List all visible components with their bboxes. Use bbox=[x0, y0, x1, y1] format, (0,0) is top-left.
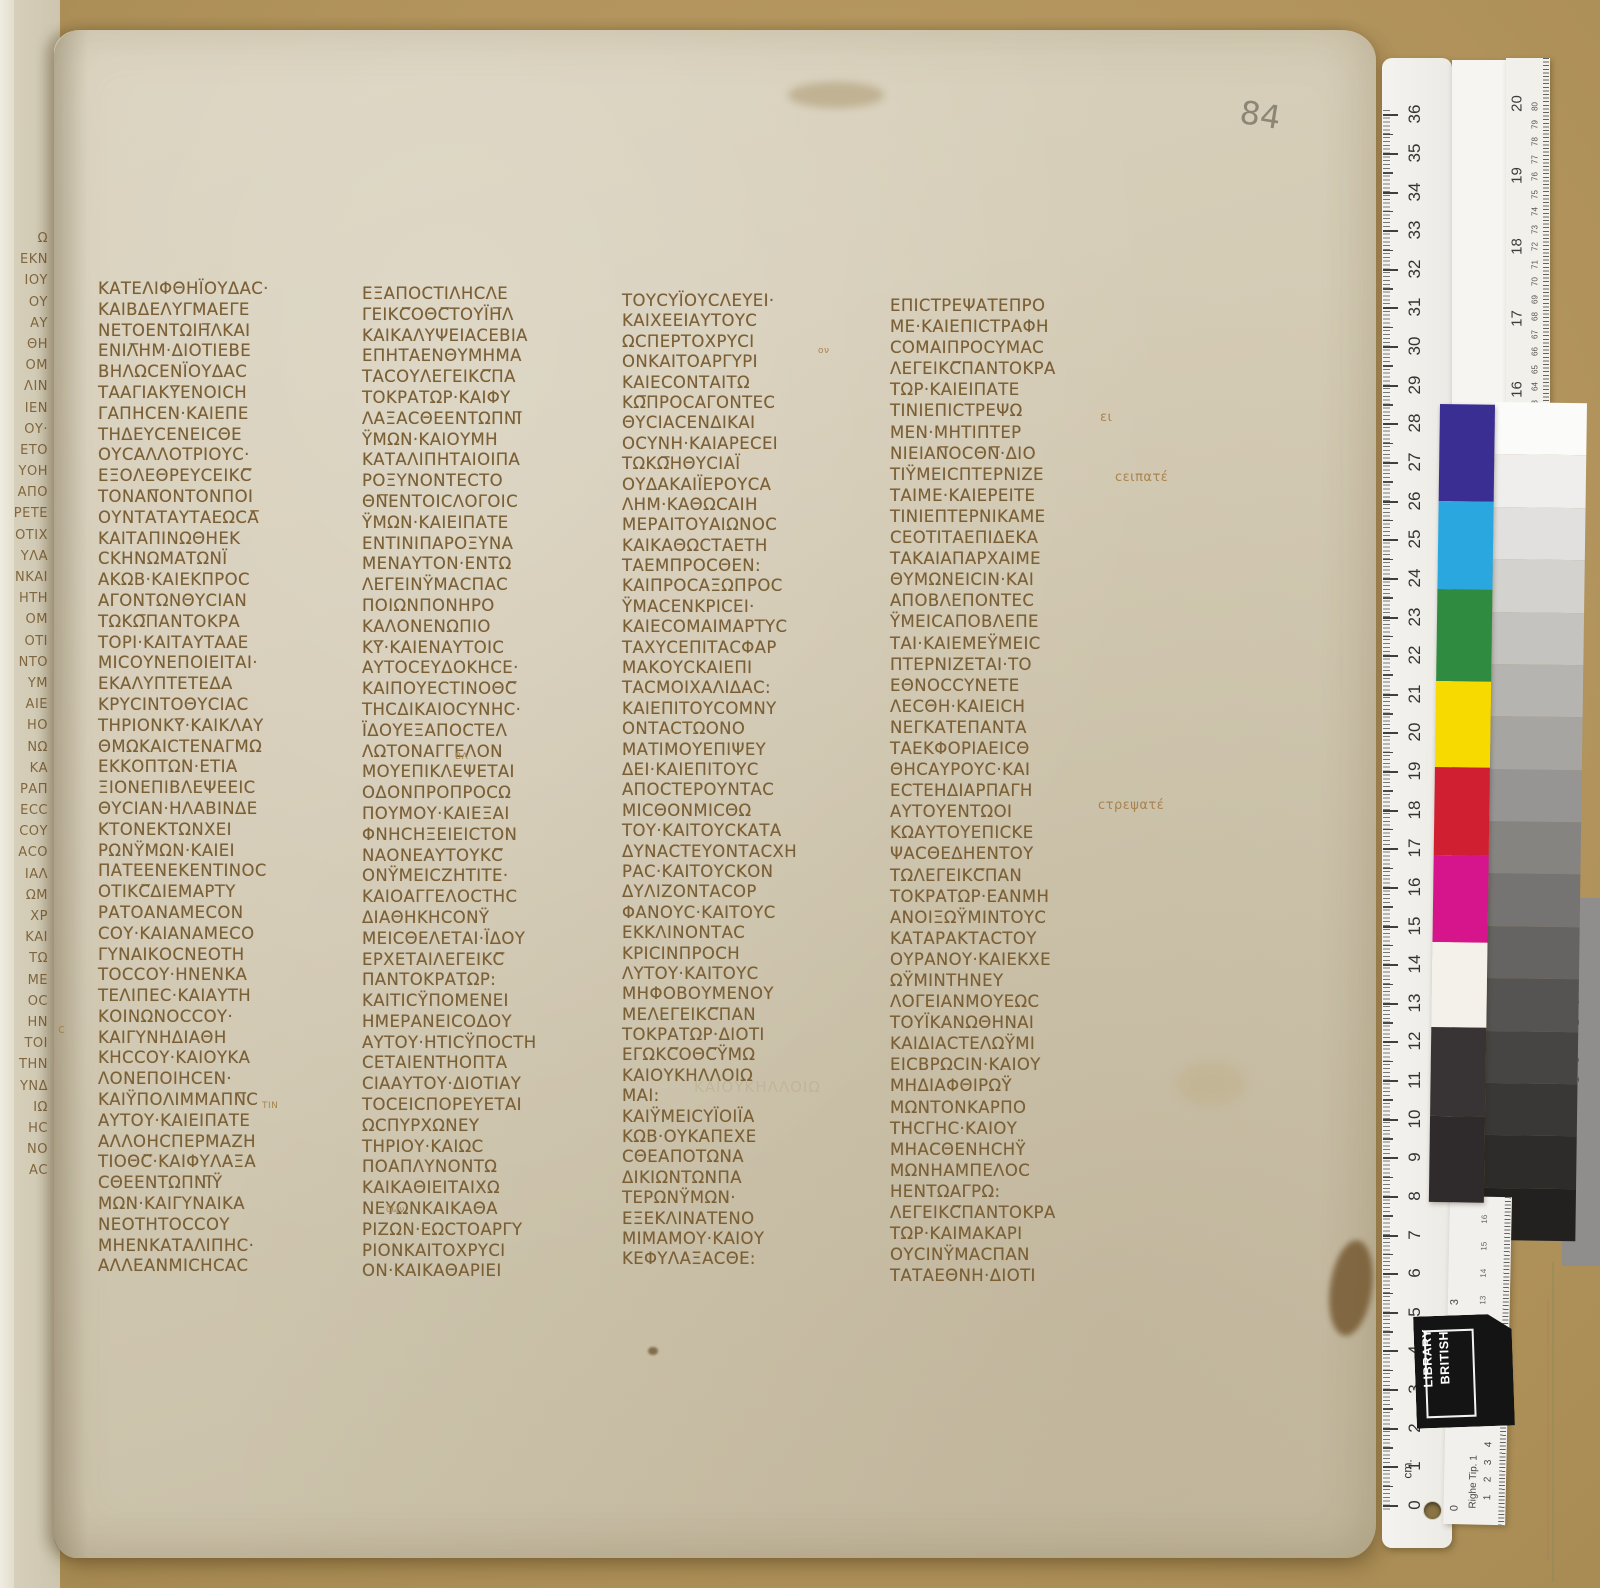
text-line: ϹΟΥ·ΚΑΙΑΝΑΜΕϹΟ bbox=[98, 924, 360, 945]
text-column-2: ΕΞΑΠΟϹΤΙΛΗϹΛΕΓΕΙΚϹ̅ΟΘϹ̅ΤΟΥΪΗ̅ΛΚΑΙΚΑΛΥΨΕΙ… bbox=[362, 284, 624, 1282]
text-line: ΜΙΜΑΜΟΥ·ΚΑΙΟΥ bbox=[622, 1229, 884, 1249]
text-line: ΚΑΙΟΑΓΓΕΛΟϹΤΗϹ bbox=[362, 887, 624, 908]
text-line: ΜΩΝ·ΚΑΙΓΥΝΑΙΚΑ bbox=[98, 1194, 360, 1215]
text-line: ΔΥΛΙΖΟΝΤΑϹΟΡ bbox=[622, 882, 884, 902]
ruler-number: 2 bbox=[1482, 1473, 1493, 1485]
text-line: ϹΟΜΑΙΠΡΟϹΥΜΑϹ bbox=[890, 337, 1152, 358]
text-line: ΚΑΙΕϹΟΜΑΙΜΑΡΤΥϹ bbox=[622, 617, 884, 637]
ruler-tick bbox=[1383, 1331, 1393, 1333]
previous-page-text-fragments: ΩΕΚΝΙΟΥΟΥΑΥΘΗΟΜΛΙΝΙΕΝΟΥ·ΕΤΟΥΟΗΑΠΟΡΕΤΕΟΤΙ… bbox=[2, 228, 48, 1181]
folio-number: 84 bbox=[1237, 93, 1283, 137]
ruler-tick bbox=[1383, 1350, 1398, 1352]
text-fragment: ΙΟΥ bbox=[2, 270, 48, 291]
gray-step bbox=[1488, 821, 1581, 875]
text-line: ΚΑΛΟΝΕΝΩΠΙΟ bbox=[362, 617, 624, 638]
text-line: ΚΩ̅ΠΡΟϹΑΓΟΝΤΕϹ bbox=[622, 393, 884, 413]
ruler-number: 9 bbox=[1405, 1144, 1425, 1170]
text-line: ΤΕΛΙΠΕϹ·ΚΑΙΑΥΤΗ bbox=[98, 986, 360, 1007]
ruler-number: 79 bbox=[1531, 117, 1540, 131]
text-fragment: ΑΥ bbox=[2, 313, 48, 334]
color-patch-white bbox=[1431, 942, 1487, 1028]
ruler-number: 25 bbox=[1405, 526, 1425, 552]
text-line: ΓΑΠΗϹΕΝ·ΚΑΙΕΠΕ bbox=[98, 404, 360, 425]
ruler-number: 65 bbox=[1531, 362, 1540, 376]
text-line: ΚΤΟΝΕΚΤΩΝΧΕΙ bbox=[98, 820, 360, 841]
ruler-tick bbox=[1383, 134, 1393, 136]
text-line: ΫΜΕΙϹΑΠΟΒΛΕΠΕ bbox=[890, 611, 1152, 632]
ruler-number: 20 bbox=[1509, 93, 1526, 115]
text-line: ΝΙΕΙΑΝ̅ΟϹΘΝ̅·ΔΙΟ bbox=[890, 443, 1152, 464]
text-line: ΚΟΙΝΩΝΟϹϹΟΥ· bbox=[98, 1007, 360, 1028]
text-line: ΤΟΚΡΑΤΩΡ·ΕΑΝΜΗ bbox=[890, 886, 1152, 907]
ruler-number: 1 bbox=[1482, 1491, 1493, 1503]
text-fragment: ΗϹ bbox=[2, 1118, 48, 1139]
margin-note: ϲ bbox=[58, 1022, 65, 1036]
color-patch-dark-gray bbox=[1430, 1027, 1486, 1117]
margin-note: ει bbox=[1100, 410, 1112, 425]
text-line: ΟΥϹΑΛΛΟΤΡΙΟΥϹ· bbox=[98, 445, 360, 466]
text-line: ΚΑΙΚΑΘΙΕΙΤΑΙΧΩ bbox=[362, 1178, 624, 1199]
ruler-tick bbox=[1383, 462, 1398, 464]
ruler-tick bbox=[1383, 945, 1393, 947]
text-line: ΜΗΦΟΒΟΥΜΕΝΟΥ bbox=[622, 984, 884, 1004]
ruler-secondary-top: 2019181716807978777675747372717069686766… bbox=[1506, 58, 1550, 410]
ruler-number: 13 bbox=[1478, 1293, 1487, 1307]
text-line: ΤΗϹΓΗϹ·ΚΑΙΟΥ bbox=[890, 1118, 1152, 1139]
ruler-number: 14 bbox=[1479, 1266, 1488, 1280]
color-patch-red bbox=[1434, 767, 1490, 856]
text-line: ΦΑΝΟΥϹ·ΚΑΙΤΟΥϹ bbox=[622, 903, 884, 923]
text-line: ΡΙΟΝΚΑΙΤΟΧΡΥϹΙ bbox=[362, 1241, 624, 1262]
ruler-number: 3 bbox=[1449, 1299, 1461, 1305]
text-line: ΛΗΜ·ΚΑΘΩϹΑΙΗ bbox=[622, 495, 884, 515]
stain bbox=[648, 1347, 658, 1355]
text-line: ΟΥΝΤΑΤΑΥΤΑΕΩϹΑ̅ bbox=[98, 508, 360, 529]
gray-step bbox=[1494, 454, 1587, 508]
text-line: ΤΑϹΜΟΙΧΑΛΙΔΑϹ: bbox=[622, 678, 884, 698]
ruler-tick bbox=[1383, 984, 1393, 986]
ruler-tick bbox=[1383, 404, 1393, 406]
erased-text: ΚΑΙΟΥΚΗΛΛΟΙΩ bbox=[694, 1078, 821, 1096]
text-fragment: ΥΛΑ bbox=[2, 546, 48, 567]
text-line: ΠΤΕΡΝΙΖΕΤΑΙ·ΤΟ bbox=[890, 654, 1152, 675]
text-line: ΩϹΠΕΡΤΟΧΡΥϹΙ bbox=[622, 332, 884, 352]
ruler-number: 35 bbox=[1405, 140, 1425, 166]
text-line: ΛΥΤΟΥ·ΚΑΙΤΟΥϹ bbox=[622, 964, 884, 984]
text-column-1: ΚΑΤΕΛΙΦΘΗΪΟΥΔΑϹ·ΚΑΙΒΔΕΛΥΓΜΑΕΓΕΝΕΤΟΕΝΤΩΙΗ… bbox=[98, 279, 360, 1277]
color-patch-yellow bbox=[1435, 681, 1491, 768]
text-line: ΘΝ̅ΕΝΤΟΙϹΛΟΓΟΙϹ bbox=[362, 492, 624, 513]
ruler-number: 27 bbox=[1405, 449, 1425, 475]
ruler-number: 10 bbox=[1405, 1106, 1425, 1132]
text-line: ΛΕΓΕΙΚϹ̅ΠΑΝΤΟΚΡΑ bbox=[890, 358, 1152, 379]
text-line: ΚΑΙΓΥΝΗΔΙΑΘΗ bbox=[98, 1028, 360, 1049]
ruler-tick bbox=[1383, 423, 1398, 425]
ruler-unit-label: cm. bbox=[1401, 1459, 1415, 1478]
ruler-tick bbox=[1383, 1080, 1398, 1082]
text-line: ΜΕΙϹΘΕΛΕΤΑΙ·ΪΔΟΥ bbox=[362, 929, 624, 950]
text-line: ΤΑΧΥϹΕΠΙΤΑϹΦΑΡ bbox=[622, 638, 884, 658]
text-fragment: ΧΡ bbox=[2, 906, 48, 927]
text-line: ϹΙΑΑΥΤΟΥ·ΔΙΟΤΙΑΥ bbox=[362, 1074, 624, 1095]
text-column-4: ΕΠΙϹΤΡΕΨΑΤΕΠΡΟΜΕ·ΚΑΙΕΠΙϹΤΡΑΦΗϹΟΜΑΙΠΡΟϹΥΜ… bbox=[890, 295, 1152, 1286]
text-line: ΗΕΝΤΩΑΓΡΩ: bbox=[890, 1181, 1152, 1202]
text-fragment: ΥΜ bbox=[2, 673, 48, 694]
text-line: ΑΝΟΙΞΩΫΜΙΝΤΟΥϹ bbox=[890, 907, 1152, 928]
text-line: ΚΩΑΥΤΟΥΕΠΙϹΚΕ bbox=[890, 822, 1152, 843]
ruler-tick bbox=[1383, 810, 1398, 812]
text-line: ΕΚΚΟΠΤΩΝ·ΕΤΙΑ bbox=[98, 757, 360, 778]
text-line: ϹΘΕΑΠΟΤΩΝΑ bbox=[622, 1147, 884, 1167]
text-line: ΜΩΝΗΑΜΠΕΛΟϹ bbox=[890, 1160, 1152, 1181]
ruler-number: 11 bbox=[1405, 1067, 1425, 1093]
text-fragment: ΝΟ bbox=[2, 1139, 48, 1160]
text-fragment: ΙΕΝ bbox=[2, 398, 48, 419]
text-fragment: ΟΤΙΧ bbox=[2, 525, 48, 546]
ruler-tick bbox=[1383, 906, 1393, 908]
text-line: ΛΕΓΕΙΝΫΜΑϹΠΑϹ bbox=[362, 575, 624, 596]
ruler-number: 67 bbox=[1531, 327, 1540, 341]
text-fragment: ΚΑ bbox=[2, 758, 48, 779]
text-fragment: ΤΗΝ bbox=[2, 1054, 48, 1075]
ruler-tick bbox=[1383, 1505, 1398, 1507]
ruler-number: 36 bbox=[1405, 101, 1425, 127]
ruler-tick bbox=[1383, 307, 1398, 309]
text-fragment: ΑΙΕ bbox=[2, 694, 48, 715]
text-line: ΚΑΙΫΜΕΙϹΥΪΟΙΪΑ bbox=[622, 1107, 884, 1127]
ruler-tick bbox=[1383, 1235, 1398, 1237]
ruler-tick bbox=[1383, 1428, 1398, 1430]
text-line: ΘΥϹΙΑϹΕΝΔΙΚΑΙ bbox=[622, 413, 884, 433]
ruler-tick bbox=[1383, 172, 1393, 174]
text-fragment: ΟΜ bbox=[2, 609, 48, 630]
grayscale-step-wedge bbox=[1483, 402, 1587, 1241]
text-fragment: ΥΟΗ bbox=[2, 461, 48, 482]
text-line: ΩΫΜΙΝΤΗΝΕΥ bbox=[890, 970, 1152, 991]
text-line: ΔΥΝΑϹΤΕΥΟΝΤΑϹΧΗ bbox=[622, 842, 884, 862]
text-line: ΚΑΙΠΡΟϹΑΞΩΠΡΟϹ bbox=[622, 576, 884, 596]
ruler-number: 18 bbox=[1405, 797, 1425, 823]
text-line: ΘΜΩΚΑΙϹΤΕΝΑΓΜΩ bbox=[98, 737, 360, 758]
text-line: ΚΑΙΤΙϹΫΠΟΜΕΝΕΙ bbox=[362, 991, 624, 1012]
text-line: ΤΟΚΡΑΤΩΡ·ΔΙΟΤΙ bbox=[622, 1025, 884, 1045]
label-text: LIBRARY BRITISH bbox=[1418, 1317, 1461, 1398]
ruler-tick bbox=[1383, 790, 1393, 792]
text-line: ΑΓΟΝΤΩΝΘΥϹΙΑΝ bbox=[98, 591, 360, 612]
text-fragment: ΛΙΝ bbox=[2, 376, 48, 397]
gray-step bbox=[1486, 978, 1579, 1032]
text-fragment: ΤΩ bbox=[2, 948, 48, 969]
text-line: ΤΑΕΜΠΡΟϹΘΕΝ: bbox=[622, 556, 884, 576]
text-line: ΚΑΙΠΟΥΕϹΤΙΝΟΘϹ̅ bbox=[362, 679, 624, 700]
ruler-tick bbox=[1383, 752, 1393, 754]
margin-note: ΤΙΝ bbox=[262, 1101, 278, 1111]
text-line: ΤΟΝΑΝ̅ΟΝΤΟΝΠΟΙ bbox=[98, 487, 360, 508]
ruler-number: 64 bbox=[1531, 380, 1540, 394]
text-line: ΜΕΡΑΙΤΟΥΑΙΩΝΟϹ bbox=[622, 515, 884, 535]
ruler-tick bbox=[1383, 655, 1398, 657]
text-line: ΕΙϹΒΡΩϹΙΝ·ΚΑΙΟΥ bbox=[890, 1054, 1152, 1075]
text-line: ΤΑΚΑΙΑΠΑΡΧΑΙΜΕ bbox=[890, 548, 1152, 569]
ruler-number: 22 bbox=[1405, 642, 1425, 668]
text-line: ΤΙΝΙΕΠΙϹΤΡΕΨΩ bbox=[890, 400, 1152, 421]
text-line: ΚΑΙΫΠΟΛΙΜΜΑΠΝ̅Ϲ bbox=[98, 1090, 360, 1111]
ruler-number: 17 bbox=[1405, 835, 1425, 861]
gray-step bbox=[1494, 402, 1587, 456]
text-line: ΟΔΟΝΠΡΟΠΡΟϹΩ bbox=[362, 783, 624, 804]
text-line: ΤΩΚΩ̅ΠΑΝΤΟΚΡΑ bbox=[98, 612, 360, 633]
text-fragment: ΟΜ bbox=[2, 355, 48, 376]
ruler-tick bbox=[1383, 481, 1393, 483]
text-fragment: ΡΕΤΕ bbox=[2, 503, 48, 524]
ruler-number: 68 bbox=[1531, 310, 1540, 324]
text-line: ΡΩΝΫΜΩΝ·ΚΑΙΕΙ bbox=[98, 841, 360, 862]
text-line: ΚΑΙΧΕΕΙΑΥΤΟΥϹ bbox=[622, 311, 884, 331]
margin-note: ΒΛ bbox=[455, 752, 468, 762]
label-line: LIBRARY bbox=[1418, 1318, 1438, 1399]
text-line: ΕΓΩΚϹ̅ΟΘϹ̅ΫΜΩ bbox=[622, 1045, 884, 1065]
ruler-number: 21 bbox=[1405, 681, 1425, 707]
ruler-number: 76 bbox=[1531, 170, 1540, 184]
ruler-tick bbox=[1383, 1312, 1398, 1314]
text-fragment: ΗΤΗ bbox=[2, 588, 48, 609]
ruler-number: 6 bbox=[1405, 1260, 1425, 1286]
ruler-number: 75 bbox=[1531, 187, 1540, 201]
gray-step bbox=[1491, 611, 1584, 665]
text-line: ΜΙϹΟΥΝΕΠΟΙΕΙΤΑΙ· bbox=[98, 653, 360, 674]
text-line: ΡΙΖΩΝ·ΕΩϹΤΟΑΡΓΥ bbox=[362, 1220, 624, 1241]
text-line: ΜΗΑϹΘΕΝΗϹΗΫ bbox=[890, 1139, 1152, 1160]
ruler-number: 28 bbox=[1405, 410, 1425, 436]
text-line: ΤΗΡΙΟΥ·ΚΑΙΩϹ bbox=[362, 1137, 624, 1158]
ruler-tick bbox=[1383, 597, 1393, 599]
text-line: ΕΚΑΛΥΠΤΕΤΕΔΑ bbox=[98, 674, 360, 695]
text-line: ΜΕΝ·ΜΗΤΙΠΤΕΡ bbox=[890, 422, 1152, 443]
ruler-number: 73 bbox=[1531, 222, 1540, 236]
ruler-tick bbox=[1383, 964, 1398, 966]
text-line: ΟΥΡΑΝΟΥ·ΚΑΙΕΚΧΕ bbox=[890, 949, 1152, 970]
ruler-tick bbox=[1383, 636, 1393, 638]
text-line: ΤΩΡ·ΚΑΙΜΑΚΑΡΙ bbox=[890, 1223, 1152, 1244]
ruler-tick bbox=[1383, 501, 1398, 503]
ruler-tick bbox=[1383, 1177, 1393, 1179]
text-line: ΕΘΝΟϹϹΥΝΕΤΕ bbox=[890, 675, 1152, 696]
text-line: ϹΚΗΝΩΜΑΤΩΝΪ bbox=[98, 549, 360, 570]
color-calibration-patches bbox=[1429, 404, 1495, 1203]
ruler-number: 12 bbox=[1405, 1028, 1425, 1054]
text-line: ΤΩΛΕΓΕΙΚϹ̅ΠΑΝ bbox=[890, 865, 1152, 886]
text-line: ΤΑΤΑΕΘΝΗ·ΔΙΟΤΙ bbox=[890, 1265, 1152, 1286]
ruler-number: 4 bbox=[1483, 1438, 1494, 1450]
ruler-number: 71 bbox=[1531, 257, 1540, 271]
text-line: ΛΩΤΟΝΑΓΓΕΛΟΝ bbox=[362, 742, 624, 763]
ruler-tick bbox=[1383, 1273, 1398, 1275]
text-fragment: ΚΑΙ bbox=[2, 927, 48, 948]
text-line: ΟΤΙΚϹ̅ΔΙΕΜΑΡΤΥ bbox=[98, 882, 360, 903]
ruler-tick bbox=[1383, 1447, 1393, 1449]
text-line: ΗΜΕΡΑΝΕΙϹΟΔΟΥ bbox=[362, 1012, 624, 1033]
text-line: ΚΑΙΕΠΙΤΟΥϹΟΜΝΥ bbox=[622, 699, 884, 719]
text-fragment: ΥΝΔ bbox=[2, 1076, 48, 1097]
gray-step bbox=[1489, 769, 1582, 823]
ruler-number: 19 bbox=[1405, 758, 1425, 784]
ruler-tick bbox=[1383, 887, 1398, 889]
text-line: ΟΝΚΑΙΤΟΑΡΓΥΡΙ bbox=[622, 352, 884, 372]
ruler-number: 80 bbox=[1531, 100, 1540, 114]
text-line: ΡΟΞΥΝΟΝΤΕϹΤΟ bbox=[362, 471, 624, 492]
gray-step bbox=[1492, 559, 1585, 613]
text-line: ΤΙΟΘϹ̅·ΚΑΙΦΥΛΑΞΑ bbox=[98, 1152, 360, 1173]
text-line: ΑΛΛΟΗϹΠΕΡΜΑΖΗ bbox=[98, 1132, 360, 1153]
text-fragment: ΘΗ bbox=[2, 334, 48, 355]
text-line: ΚΑΤΑΛΙΠΗΤΑΙΟΙΠΑ bbox=[362, 450, 624, 471]
text-line: ΒΗΛΩϹΕΝΪΟΥΔΑϹ bbox=[98, 362, 360, 383]
ruler-tick bbox=[1383, 1041, 1398, 1043]
ruler-tick bbox=[1383, 1196, 1398, 1198]
text-line: ΤΑΙΜΕ·ΚΑΙΕΡΕΙΤΕ bbox=[890, 485, 1152, 506]
text-line: ΟΝΫΜΕΙϹΖΗΤΙΤΕ· bbox=[362, 866, 624, 887]
ruler-brand-label: Righe Tip. 1 bbox=[1467, 1455, 1479, 1509]
text-line: ΠΟΑΠΛΥΝΟΝΤΩ bbox=[362, 1157, 624, 1178]
text-line: ΓΕΙΚϹ̅ΟΘϹ̅ΤΟΥΪΗ̅Λ bbox=[362, 305, 624, 326]
text-line: ΨΑϹΘΕΔΗΕΝΤΟΥ bbox=[890, 843, 1152, 864]
text-line: ΚΩΒ·ΟΥΚΑΠΕΧΕ bbox=[622, 1127, 884, 1147]
text-fragment: ΕϹϹ bbox=[2, 800, 48, 821]
text-fragment: ΙΑΛ bbox=[2, 864, 48, 885]
text-line: ΫΜΑϹΕΝΚΡΙϹΕΙ· bbox=[622, 597, 884, 617]
text-line: ΤΟϹΕΙϹΠΟΡΕΥΕΤΑΙ bbox=[362, 1095, 624, 1116]
text-line: ΚΑΙΚΑΘΩϹΤΑΕΤΗ bbox=[622, 536, 884, 556]
gray-step bbox=[1493, 507, 1586, 561]
ruler-tick bbox=[1383, 694, 1398, 696]
ruler-tick bbox=[1383, 230, 1398, 232]
text-line: ΘΥΜΩΝΕΙϹΙΝ·ΚΑΙ bbox=[890, 569, 1152, 590]
ruler-number: 14 bbox=[1405, 951, 1425, 977]
text-line: ΜΕΝΑΥΤΟΝ·ΕΝΤΩ bbox=[362, 554, 624, 575]
text-line: ΚΑΙΔΙΑϹΤΕΛΩΫΜΙ bbox=[890, 1033, 1152, 1054]
text-line: ΕΝΤΙΝΙΠΑΡΟΞΥΝΑ bbox=[362, 534, 624, 555]
gray-step bbox=[1484, 1135, 1577, 1189]
text-line: ΑΥΤΟΥ·ΗΤΙϹΫΠΟϹΤΗ bbox=[362, 1033, 624, 1054]
ruler-tick bbox=[1383, 269, 1398, 271]
ruler-tick bbox=[1383, 1389, 1398, 1391]
gray-step bbox=[1490, 716, 1583, 770]
ruler-tick bbox=[1383, 578, 1398, 580]
text-fragment: ΟΥ bbox=[2, 292, 48, 313]
text-line: ΤΟΥΪΚΑΝΩΘΗΝΑΙ bbox=[890, 1012, 1152, 1033]
ruler-number: 0 bbox=[1405, 1492, 1425, 1518]
text-line: ΛΑΞΑϹΘΕΕΝΤΩΠΝΙ̅ bbox=[362, 409, 624, 430]
ruler-number: 0 bbox=[1448, 1505, 1460, 1511]
text-line: ΡΑΤΟΑΝΑΜΕϹΟΝ bbox=[98, 903, 360, 924]
ruler-number: 16 bbox=[1405, 874, 1425, 900]
gray-step bbox=[1487, 926, 1580, 980]
ruler-tick bbox=[1383, 1138, 1393, 1140]
ruler-tick bbox=[1383, 114, 1398, 116]
text-line: ΞΙΟΝΕΠΙΒΛΕΨΕΕΙϹ bbox=[98, 778, 360, 799]
text-line: ΕΞΕΚΛΙΝΑΤΕΝΟ bbox=[622, 1209, 884, 1229]
ruler-number: 19 bbox=[1509, 164, 1526, 186]
text-line: ΑΥΤΟΥ·ΚΑΙΕΙΠΑΤΕ bbox=[98, 1111, 360, 1132]
ruler-number: 74 bbox=[1531, 205, 1540, 219]
text-line: ΚΕΦΥΛΑΞΑϹΘΕ: bbox=[622, 1249, 884, 1269]
text-line: ΜΕ·ΚΑΙΕΠΙϹΤΡΑΦΗ bbox=[890, 316, 1152, 337]
color-patch-indigo bbox=[1439, 404, 1495, 502]
white-card bbox=[1452, 60, 1508, 408]
text-line: ΜΗΔΙΑΦΘΙΡΩΫ bbox=[890, 1075, 1152, 1096]
text-line: ΠΑΤΕΕΝΕΚΕΝΤΙΝΟϹ bbox=[98, 861, 360, 882]
text-line: ϹΕΤΑΙΕΝΤΗΟΠΤΑ bbox=[362, 1053, 624, 1074]
text-line: ΔΕΙ·ΚΑΙΕΠΙΤΟΥϹ bbox=[622, 760, 884, 780]
ruler-tick bbox=[1383, 1254, 1393, 1256]
text-line: ΤΟΥϹΥΪΟΥϹΛΕΥΕΙ· bbox=[622, 291, 884, 311]
ruler-number: 15 bbox=[1405, 913, 1425, 939]
text-line: ΕΠΙϹΤΡΕΨΑΤΕΠΡΟ bbox=[890, 295, 1152, 316]
text-fragment: ΝΚΑΙ bbox=[2, 567, 48, 588]
ruler-number: 15 bbox=[1479, 1239, 1488, 1253]
text-line: ϹΘΕΕΝΤΩΠΝΙ̅Ϋ bbox=[98, 1173, 360, 1194]
text-line: ΚΑΙΚΑΛΥΨΕΙΑϹΕΒΙΑ bbox=[362, 326, 624, 347]
text-line: ΤΟΡΙ·ΚΑΙΤΑΥΤΑΑΕ bbox=[98, 633, 360, 654]
ruler-number: 23 bbox=[1405, 604, 1425, 630]
ruler-tick bbox=[1383, 1119, 1398, 1121]
text-line: ΝΑΟΝΕΑΥΤΟΥΚϹ̅ bbox=[362, 846, 624, 867]
ruler-number: 66 bbox=[1531, 345, 1540, 359]
gray-step bbox=[1491, 664, 1584, 718]
color-patch-cyan bbox=[1437, 501, 1493, 590]
text-line: ΜΑΚΟΥϹΚΑΙΕΠΙ bbox=[622, 658, 884, 678]
color-patch-magenta bbox=[1432, 855, 1488, 943]
text-line: ΚΡΥϹΙΝΤΟΘΥϹΙΑϹ bbox=[98, 695, 360, 716]
ruler-tick bbox=[1383, 539, 1398, 541]
ruler-tick bbox=[1383, 1466, 1398, 1468]
ruler-tick bbox=[1383, 1408, 1393, 1410]
text-line: ΛΕϹΘΗ·ΚΑΙΕΙϹΗ bbox=[890, 696, 1152, 717]
ruler-number: 18 bbox=[1509, 236, 1526, 258]
ruler-tick bbox=[1383, 211, 1393, 213]
ruler-tick bbox=[1383, 829, 1393, 831]
ruler-number: 33 bbox=[1405, 217, 1425, 243]
ruler-tick bbox=[1383, 1099, 1393, 1101]
ruler-number: 29 bbox=[1405, 372, 1425, 398]
text-line: ΕΠΗΤΑΕΝΘΥΜΗΜΑ bbox=[362, 346, 624, 367]
ruler-number: 16 bbox=[1509, 379, 1526, 401]
text-line: ΝΕΤΟΕΝΤΩΙΗ̅ΛΚΑΙ bbox=[98, 321, 360, 342]
text-fragment: ΝΤΟ bbox=[2, 652, 48, 673]
text-fragment: ΑΠΟ bbox=[2, 482, 48, 503]
text-line: ΤΑΑΓΙΑΚΥ̅ΕΝΟΙϹΗ bbox=[98, 383, 360, 404]
ruler-tick bbox=[1383, 153, 1398, 155]
text-fragment: ΤΟΙ bbox=[2, 1033, 48, 1054]
ruler-tick bbox=[1383, 868, 1393, 870]
stain bbox=[1176, 1062, 1246, 1106]
ruler-tick bbox=[1383, 1003, 1398, 1005]
text-column-3: ΤΟΥϹΥΪΟΥϹΛΕΥΕΙ·ΚΑΙΧΕΕΙΑΥΤΟΥϹΩϹΠΕΡΤΟΧΡΥϹΙ… bbox=[622, 291, 884, 1270]
text-line: ΜΟΥΕΠΙΚΛΕΨΕΤΑΙ bbox=[362, 762, 624, 783]
text-line: ΤΑΙ·ΚΑΙΕΜΕΫΜΕΙϹ bbox=[890, 633, 1152, 654]
ruler-tick bbox=[1383, 1157, 1398, 1159]
text-line: ΤΟΚΡΑΤΩΡ·ΚΑΙΦΥ bbox=[362, 388, 624, 409]
ruler-tick bbox=[1383, 1022, 1393, 1024]
text-line: ΛΕΓΕΙΚϹ̅ΠΑΝΤΟΚΡΑ bbox=[890, 1202, 1152, 1223]
text-line: ΤΙΝΙΕΠΤΕΡΝΙΚΑΜΕ bbox=[890, 506, 1152, 527]
text-fragment: Ω bbox=[2, 228, 48, 249]
ruler-number: 34 bbox=[1405, 179, 1425, 205]
text-fragment: ΕΚΝ bbox=[2, 249, 48, 270]
ruler-number: 69 bbox=[1531, 292, 1540, 306]
margin-note: ϲτρεψατέ bbox=[1098, 798, 1164, 813]
text-line: ΚΗϹϹΟΥ·ΚΑΙΟΥΚΑ bbox=[98, 1048, 360, 1069]
